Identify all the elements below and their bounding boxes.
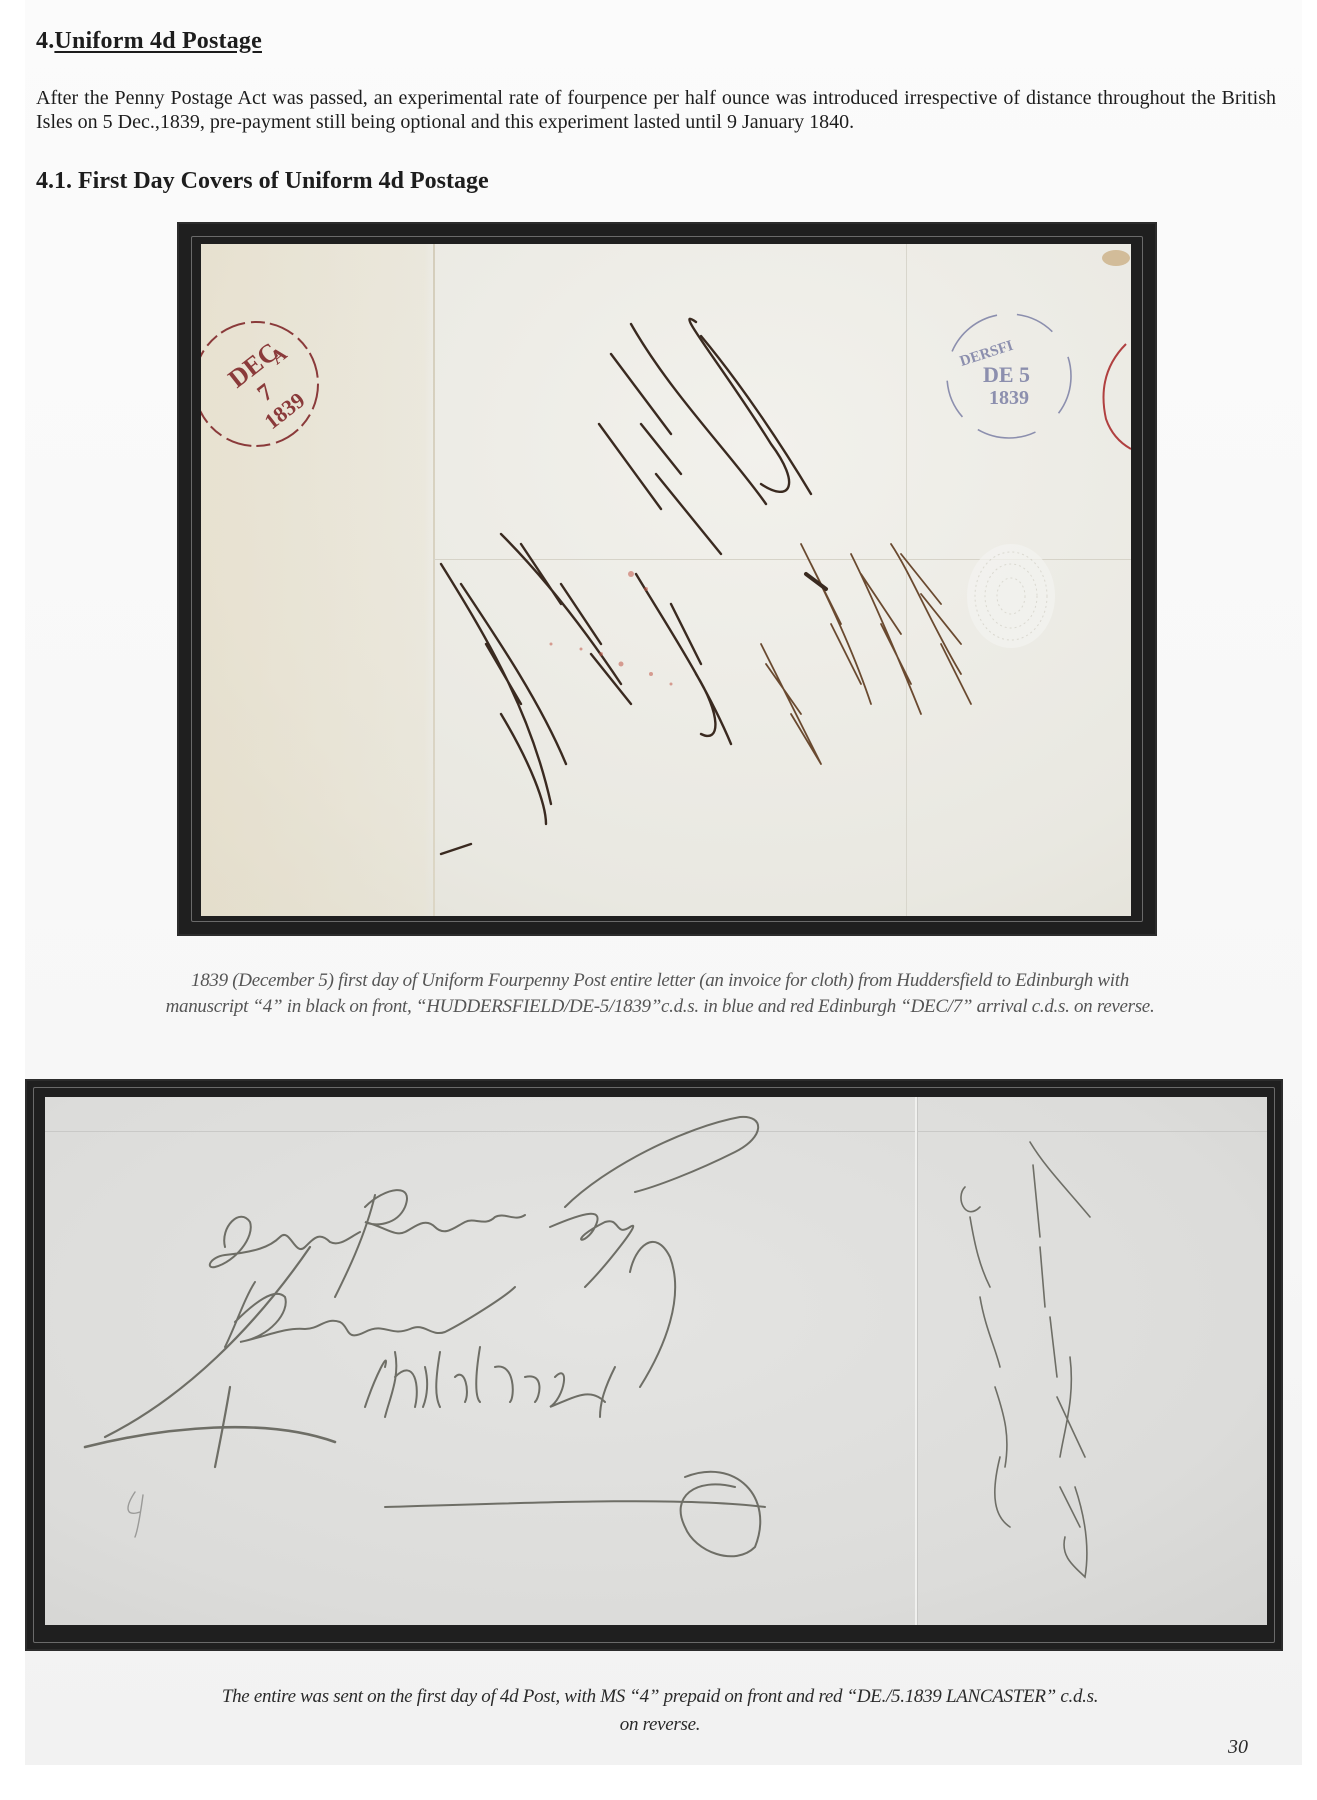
page-number: 30: [1228, 1736, 1248, 1759]
caption-line: The entire was sent on the first day of …: [40, 1683, 1280, 1711]
cover-frame-lancaster: [25, 1079, 1283, 1651]
cover-letter-huddersfield: DEC 7 A 1839 DERSFI DE 5 1839: [201, 244, 1131, 916]
docket-writing-icon: [761, 544, 971, 764]
section-title: Uniform 4d Postage: [54, 28, 262, 54]
cover-markings: DEC 7 A 1839 DERSFI DE 5 1839: [201, 244, 1131, 916]
svg-text:DE 5: DE 5: [983, 362, 1030, 387]
caption-line: on reverse.: [40, 1711, 1280, 1739]
section-heading: 4.Uniform 4d Postage: [36, 28, 262, 55]
intro-paragraph: After the Penny Postage Act was passed, …: [36, 86, 1276, 134]
docket-writing-icon: [961, 1142, 1090, 1577]
page-edge: [1302, 0, 1317, 1765]
embossed-seal-icon: [967, 544, 1055, 648]
subsection-heading: 4.1. First Day Covers of Uniform 4d Post…: [36, 168, 489, 195]
partial-postmark-icon: [1104, 344, 1132, 449]
cover-letter-lancaster: [45, 1097, 1267, 1625]
huddersfield-postmark-icon: DERSFI DE 5 1839: [947, 314, 1071, 438]
cover-caption-huddersfield: 1839 (December 5) first day of Uniform F…: [150, 968, 1170, 1020]
cover-markings: [45, 1097, 1267, 1625]
cover-caption-lancaster: The entire was sent on the first day of …: [40, 1683, 1280, 1739]
edinburgh-postmark-icon: DEC 7 A 1839: [201, 322, 321, 446]
cover-frame-huddersfield: DEC 7 A 1839 DERSFI DE 5 1839: [177, 222, 1157, 936]
manuscript-address-icon: [441, 319, 811, 854]
svg-text:1839: 1839: [989, 387, 1029, 409]
section-number: 4.: [36, 28, 54, 54]
manuscript-address-icon: [85, 1117, 765, 1556]
